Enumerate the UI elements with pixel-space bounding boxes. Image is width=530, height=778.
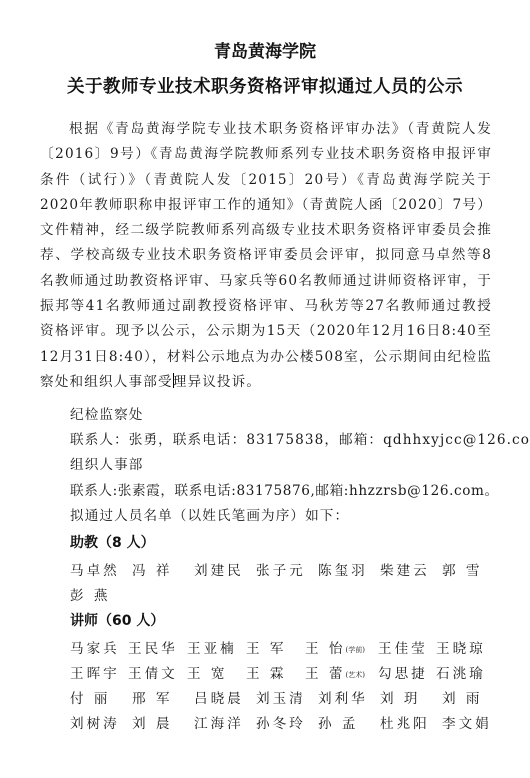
name-item: 马家兵 [70, 637, 120, 657]
name-item: 刘 晨 [132, 712, 173, 732]
name-item: 刘 玥 [380, 687, 421, 707]
document-title-subject: 关于教师专业技术职务资格评审拟通过人员的公示 [0, 77, 530, 97]
name-item: 杜兆阳 [380, 712, 430, 732]
name-item: 刘 雨 [442, 687, 483, 707]
document-page: 青岛黄海学院 关于教师专业技术职务资格评审拟通过人员的公示 根据《青岛黄海学院专… [0, 0, 530, 778]
contact1-department: 纪检监察处 [70, 403, 143, 423]
name-item: 王 蕾(艺术) [305, 662, 365, 682]
contact2-details: 联系人:张素霞，联系电话:83175876,邮箱:hhzzrsb@126.com… [70, 479, 499, 499]
name-item: 刘利华 [318, 687, 368, 707]
contact1-details: 联系人：张勇，联系电话：83175838，邮箱：qdhhxyjcc@126.co… [70, 428, 530, 448]
name-department-note: (学前) [346, 646, 365, 654]
name-department-note: (艺术) [346, 671, 365, 679]
name-item: 王佳莹 [378, 637, 428, 657]
name-item: 郭 雪 [442, 559, 483, 579]
name-item: 王晓琼 [436, 637, 486, 657]
document-title-institution: 青岛黄海学院 [0, 42, 530, 62]
name-item: 勾思捷 [378, 662, 428, 682]
name-item: 王民华 [128, 637, 178, 657]
name-item: 邢 军 [132, 687, 173, 707]
name-item: 孙冬玲 [256, 712, 306, 732]
name-item: 王倩文 [128, 662, 178, 682]
paragraph-text-before-cursor: 根据《青岛黄海学院专业技术职务资格评审办法》（青黄院人发〔2016〕9号）《青岛… [40, 121, 492, 390]
name-item: 吕晓晨 [194, 687, 244, 707]
section-heading-teaching-assistant: 助教（8 人） [70, 532, 155, 552]
name-text: 王 蕾 [305, 666, 346, 682]
list-intro: 拟通过人员名单（以姓氏笔画为序）如下： [70, 504, 349, 524]
name-item: 王晖宇 [70, 662, 120, 682]
section-heading-lecturer: 讲师（60 人） [70, 610, 164, 630]
name-item: 张子元 [256, 559, 306, 579]
name-item: 王 军 [246, 637, 287, 657]
name-item: 马卓然 [70, 559, 120, 579]
name-item: 孙 孟 [318, 712, 359, 732]
name-item: 王 怡(学前) [305, 637, 365, 657]
contact2-department: 组织人事部 [70, 453, 143, 473]
name-item: 刘建民 [194, 559, 244, 579]
name-item: 冯 祥 [132, 559, 173, 579]
name-item: 彭 燕 [70, 584, 111, 604]
name-item: 江海洋 [194, 712, 244, 732]
name-item: 李文娟 [442, 712, 492, 732]
name-item: 刘树涛 [70, 712, 120, 732]
name-item: 付 丽 [70, 687, 111, 707]
paragraph-text-after-cursor: 理异议投诉。 [173, 374, 261, 390]
announcement-paragraph[interactable]: 根据《青岛黄海学院专业技术职务资格评审办法》（青黄院人发〔2016〕9号）《青岛… [40, 117, 492, 395]
name-item: 王亚楠 [187, 637, 237, 657]
name-item: 陈玺羽 [318, 559, 368, 579]
name-item: 王 霖 [246, 662, 287, 682]
name-item: 王 宽 [187, 662, 228, 682]
name-item: 刘玉清 [256, 687, 306, 707]
name-item: 柴建云 [380, 559, 430, 579]
name-text: 王 怡 [305, 641, 346, 657]
name-item: 石洮瑜 [436, 662, 486, 682]
